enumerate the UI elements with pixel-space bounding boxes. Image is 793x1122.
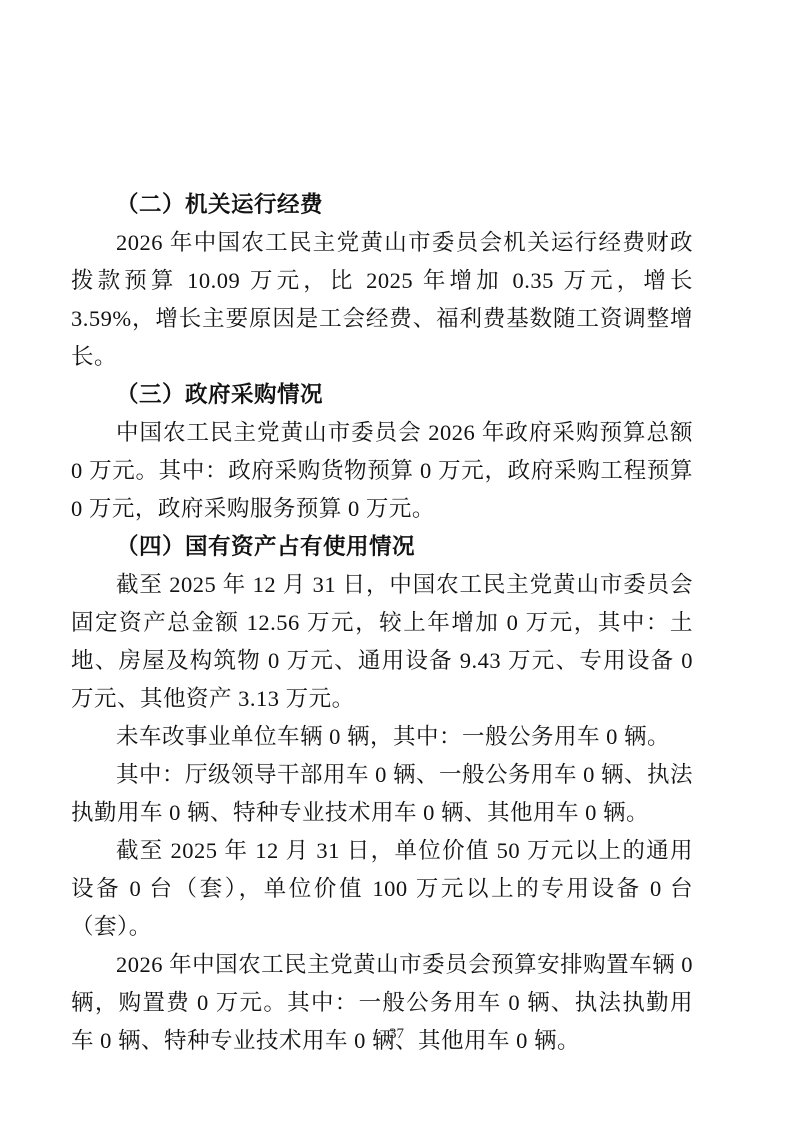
- section-heading-2: （二）机关运行经费: [71, 186, 693, 224]
- document-body: （二）机关运行经费 2026 年中国农工民主党黄山市委员会机关运行经费财政拨款预…: [71, 186, 693, 1060]
- paragraph: 其中：厅级领导干部用车 0 辆、一般公务用车 0 辆、执法执勤用车 0 辆、特种…: [71, 756, 693, 832]
- paragraph: 截至 2025 年 12 月 31 日，单位价值 50 万元以上的通用设备 0 …: [71, 832, 693, 946]
- paragraph: 未车改事业单位车辆 0 辆，其中：一般公务用车 0 辆。: [71, 718, 693, 756]
- paragraph: 截至 2025 年 12 月 31 日，中国农工民主党黄山市委员会固定资产总金额…: [71, 566, 693, 718]
- page-number: 37: [0, 1024, 793, 1044]
- paragraph: 2026 年中国农工民主党黄山市委员会机关运行经费财政拨款预算 10.09 万元…: [71, 224, 693, 376]
- paragraph: 中国农工民主党黄山市委员会 2026 年政府采购预算总额 0 万元。其中：政府采…: [71, 414, 693, 528]
- section-heading-3: （三）政府采购情况: [71, 376, 693, 414]
- section-heading-4: （四）国有资产占有使用情况: [71, 528, 693, 566]
- document-page: （二）机关运行经费 2026 年中国农工民主党黄山市委员会机关运行经费财政拨款预…: [0, 0, 793, 1122]
